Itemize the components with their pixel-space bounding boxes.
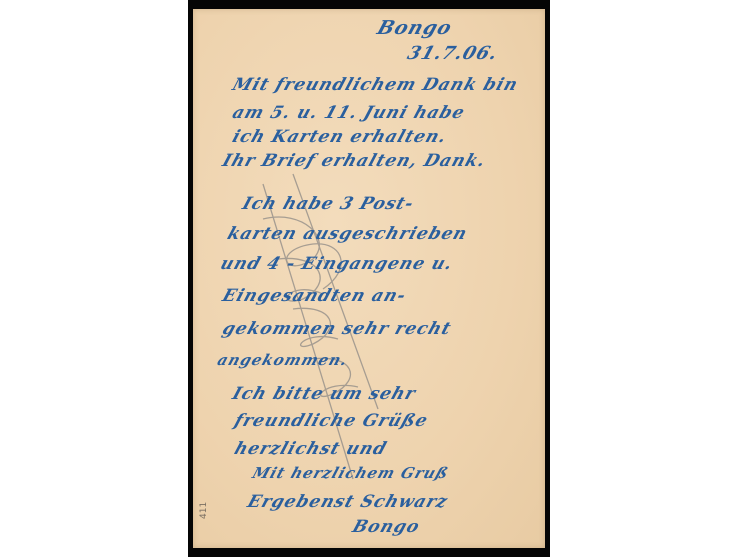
text-line-9: gekommen sehr recht — [220, 319, 454, 339]
postcard: Bongo 31.7.06. Mit freundlichem Dank bin… — [193, 9, 545, 548]
text-line-11: Ich bitte um sehr — [230, 384, 419, 404]
header-place: Bongo — [374, 17, 455, 39]
text-line-5: Ich habe 3 Post- — [240, 194, 417, 214]
margin-pencil-note: 411 — [199, 502, 209, 519]
text-line-1: Mit freundlichem Dank bin — [230, 75, 521, 95]
text-line-12: freundliche Grüße — [232, 411, 431, 431]
text-line-15-signature: Ergebenst Schwarz — [245, 492, 451, 512]
header-date: 31.7.06. — [405, 43, 501, 64]
text-line-3: ich Karten erhalten. — [230, 127, 450, 147]
text-line-8: Eingesandten an- — [220, 286, 409, 306]
text-line-7: und 4 - Eingangene u. — [218, 254, 456, 274]
text-line-6: karten ausgeschrieben — [225, 224, 470, 244]
text-line-14: Mit herzlichem Gruß — [250, 464, 451, 482]
text-line-10: angekommen. — [215, 351, 350, 369]
closing-place: Bongo — [350, 517, 423, 537]
text-line-2: am 5. u. 11. Juni habe — [230, 103, 468, 123]
text-line-13: herzlichst und — [232, 439, 390, 459]
text-line-4: Ihr Brief erhalten, Dank. — [220, 151, 489, 171]
